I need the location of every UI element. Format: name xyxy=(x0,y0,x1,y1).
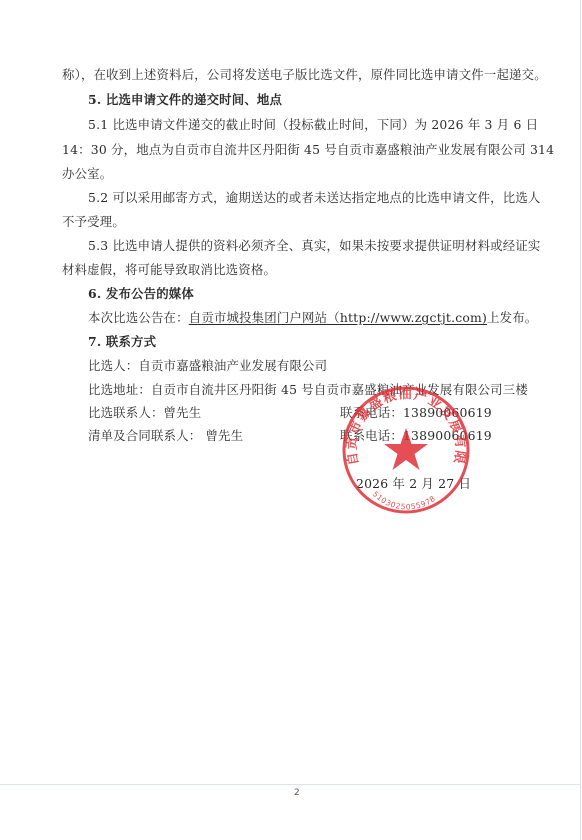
footer-divider xyxy=(0,784,580,785)
text-line: 材料虚假，将可能导致取消比选资格。 xyxy=(62,262,276,278)
text-line: 不予受理。 xyxy=(62,214,125,230)
contact1-label: 比选联系人：曾先生 xyxy=(88,405,201,421)
section-heading-6: 6. 发布公告的媒体 xyxy=(88,286,194,302)
media-prefix: 本次比选公告在： xyxy=(88,310,189,325)
text-line: 14：30 分，地点为自贡市自流井区丹阳街 45 号自贡市嘉盛粮油产业发展有限公… xyxy=(62,142,554,158)
text-line: 5.1 比选申请文件递交的截止时间（投标截止时间，下同）为 2026 年 3 月… xyxy=(88,117,538,133)
text-line: 称），在收到上述资料后，公司将发送电子版比选文件，原件同比选申请文件一起递交。 xyxy=(62,67,547,83)
text-line: 办公室。 xyxy=(62,166,112,182)
media-line: 本次比选公告在：自贡市城投集团门户网站（http://www.zgctjt.co… xyxy=(88,310,537,326)
page-edge xyxy=(580,0,581,840)
media-suffix: 上发布。 xyxy=(487,310,537,325)
section-heading-7: 7. 联系方式 xyxy=(88,334,156,350)
text-line: 5.3 比选申请人提供的资料必须齐全、真实，如果未按要求提供证明材料或经证实 xyxy=(88,238,541,254)
contact2-label: 清单及合同联系人： 曾先生 xyxy=(88,428,243,444)
website-link[interactable]: 自贡市城投集团门户网站（http://www.zgctjt.com) xyxy=(189,310,487,325)
company-seal-icon: 自贡市嘉盛粮油产业发展有限公司 5103025055978 xyxy=(340,384,472,516)
section-heading-5: 5. 比选申请文件的递交时间、地点 xyxy=(88,92,282,108)
text-line: 5.2 可以采用邮寄方式，逾期送达的或者未送达指定地点的比选申请文件，比选人 xyxy=(88,190,541,206)
page-number: 2 xyxy=(294,788,300,798)
selector-line: 比选人：自贡市嘉盛粮油产业发展有限公司 xyxy=(88,358,327,374)
